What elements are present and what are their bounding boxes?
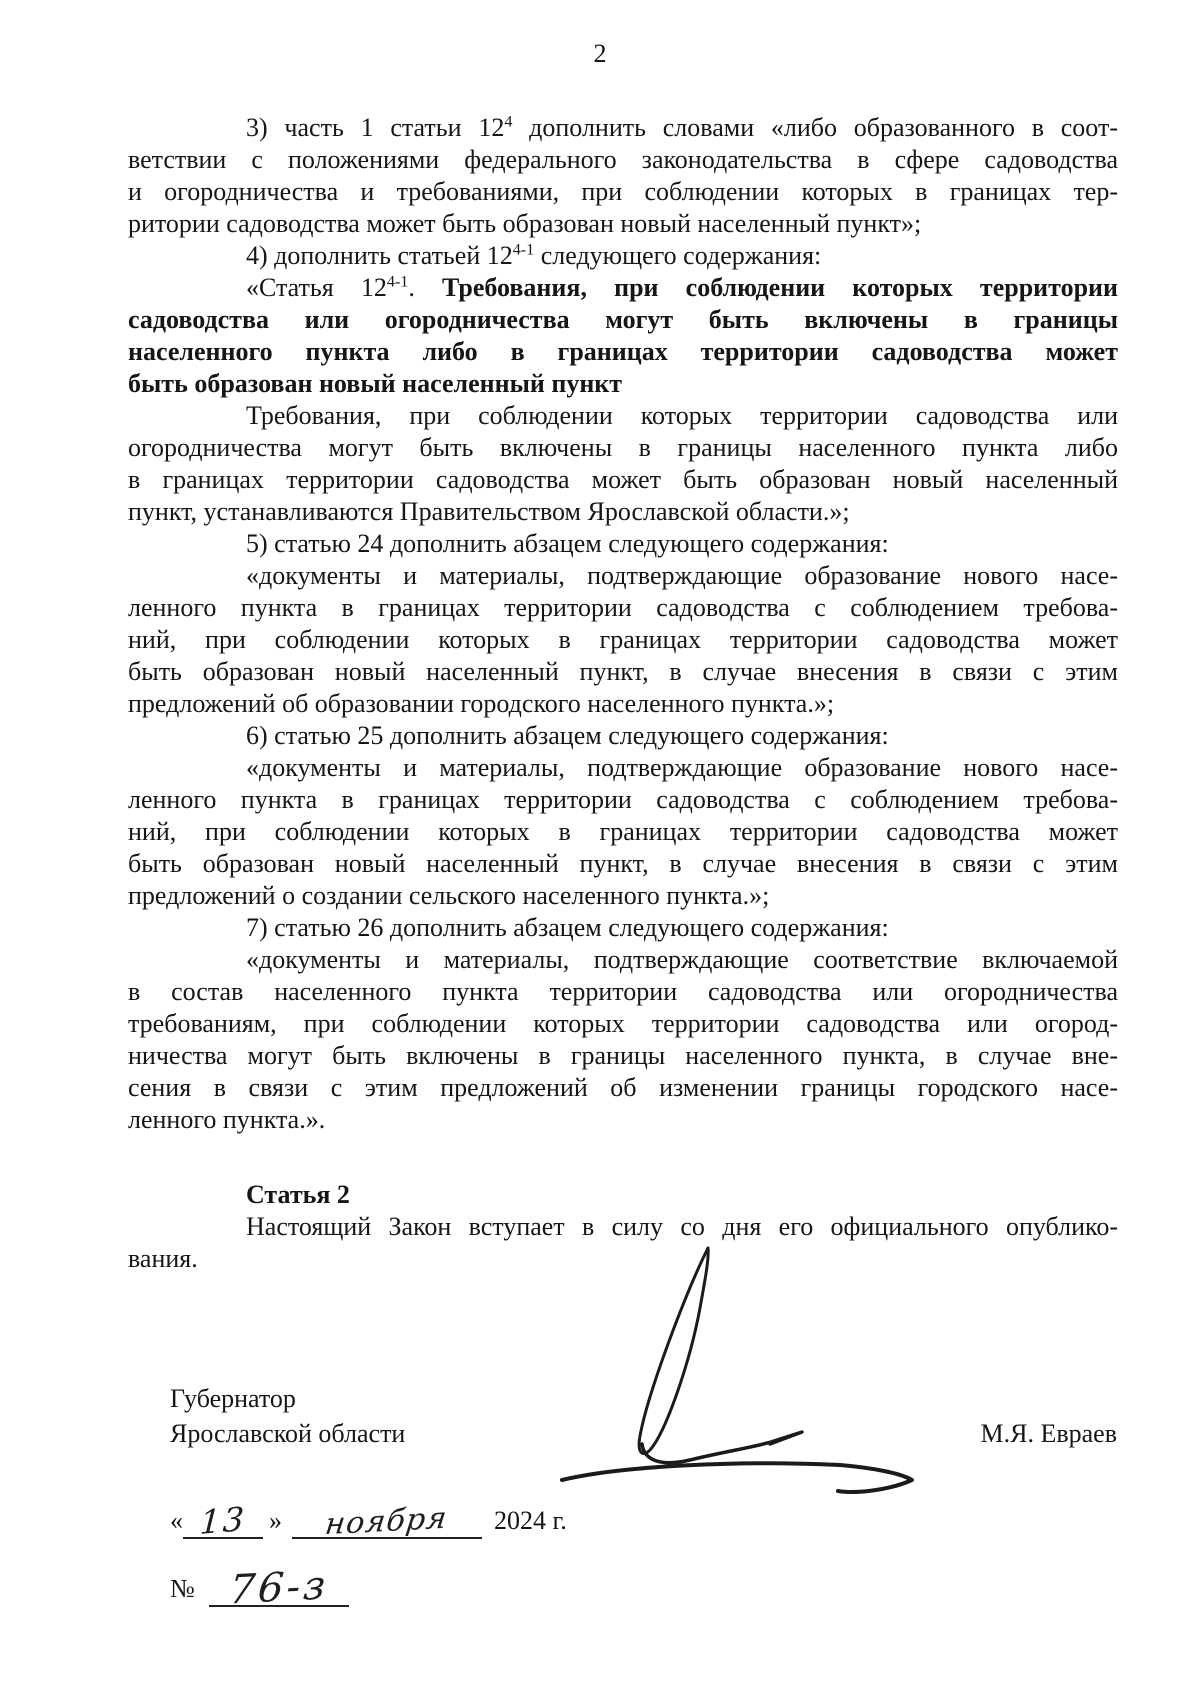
text-run: ветствии с положениями федерального зако… xyxy=(128,145,1118,174)
text-run: предложений о создании сельского населен… xyxy=(128,881,769,910)
date-day-handwritten: 13 xyxy=(199,1503,247,1539)
text-run: быть образован новый населенный пункт xyxy=(128,369,622,398)
signer-title-line1: Губернатор xyxy=(170,1381,405,1416)
text-line: огородничества могут быть включены в гра… xyxy=(128,432,1118,464)
date-month-blank: ноября xyxy=(292,1504,482,1539)
text-run: быть образован новый населенный пункт, в… xyxy=(128,849,1118,878)
paragraph: «документы и материалы, подтверждающие о… xyxy=(128,560,1118,720)
text-line: «документы и материалы, подтверждающие о… xyxy=(128,752,1118,784)
text-line: требованиям, при соблюдении которых терр… xyxy=(128,1008,1118,1040)
text-run: 7) статью 26 дополнить абзацем следующег… xyxy=(246,913,889,942)
paragraph: «документы и материалы, подтверждающие о… xyxy=(128,752,1118,912)
text-line: предложений о создании сельского населен… xyxy=(128,880,1118,912)
text-run: 4) дополнить статьей 12 xyxy=(246,241,513,270)
article-2-heading: Статья 2 xyxy=(128,1179,1118,1211)
date-open-quote: « xyxy=(170,1506,183,1535)
text-run: ний, при соблюдении которых в границах т… xyxy=(128,817,1118,846)
text-line: предложений об образовании городского на… xyxy=(128,688,1118,720)
text-run: ленного пункта.». xyxy=(128,1105,325,1134)
paragraph: «Статья 124-1. Требования, при соблюдени… xyxy=(128,272,1118,400)
signer-title-line2: Ярославской области xyxy=(170,1416,405,1451)
text-line: 7) статью 26 дополнить абзацем следующег… xyxy=(128,912,1118,944)
text-run: огородничества могут быть включены в гра… xyxy=(128,433,1118,462)
signer-name: М.Я. Евраев xyxy=(981,1416,1117,1451)
body-paragraphs: 3) часть 1 статьи 124 дополнить словами … xyxy=(128,112,1118,1136)
text-run: пункт, устанавливаются Правительством Яр… xyxy=(128,497,850,526)
text-run: ленного пункта в границах территории сад… xyxy=(128,785,1118,814)
text-run: ленного пункта в границах территории сад… xyxy=(128,593,1118,622)
text-line: садоводства или огородничества могут быт… xyxy=(128,304,1118,336)
text-run: ничества могут быть включены в границы н… xyxy=(128,1041,1118,1070)
date-year: 2024 г. xyxy=(494,1506,567,1535)
text-line: быть образован новый населенный пункт xyxy=(128,368,1118,400)
signature-ink xyxy=(540,1244,930,1506)
text-run: «документы и материалы, подтверждающие о… xyxy=(246,561,1118,590)
text-line: ленного пункта.». xyxy=(128,1104,1118,1136)
signature-stroke-loop xyxy=(639,1248,708,1454)
superscript-text: 4-1 xyxy=(513,241,534,258)
text-run: в состав населенного пункта территории с… xyxy=(128,977,1118,1006)
text-line: 6) статью 25 дополнить абзацем следующег… xyxy=(128,720,1118,752)
text-line: в границах территории садоводства может … xyxy=(128,464,1118,496)
text-line: ветствии с положениями федерального зако… xyxy=(128,144,1118,176)
text-run: 5) статью 24 дополнить абзацем следующег… xyxy=(246,529,889,558)
article-2-line: Настоящий Закон вступает в силу со дня е… xyxy=(128,1211,1118,1243)
text-line: «Статья 124-1. Требования, при соблюдени… xyxy=(128,272,1118,304)
date-day-blank: 13 xyxy=(183,1502,263,1539)
date-line: «13»ноября2024 г. xyxy=(170,1502,567,1539)
paragraph: 5) статью 24 дополнить абзацем следующег… xyxy=(128,528,1118,560)
paragraph: «документы и материалы, подтверждающие с… xyxy=(128,944,1118,1136)
text-run: Требования, при соблюдении которых терри… xyxy=(442,273,1118,302)
text-line: ритории садоводства может быть образован… xyxy=(128,208,1118,240)
signer-title: Губернатор Ярославской области xyxy=(170,1381,405,1451)
text-line: 3) часть 1 статьи 124 дополнить словами … xyxy=(128,112,1118,144)
text-run: вания. xyxy=(128,1244,198,1273)
text-line: быть образован новый населенный пункт, в… xyxy=(128,848,1118,880)
text-run: населенного пункта либо в границах терри… xyxy=(128,337,1118,366)
text-run: следующего содержания: xyxy=(534,241,821,270)
text-line: и огородничества и требованиями, при соб… xyxy=(128,176,1118,208)
text-run: требованиям, при соблюдении которых терр… xyxy=(128,1009,1118,1038)
text-run: . xyxy=(408,273,442,302)
number-handwritten: 76-з xyxy=(228,1569,330,1606)
text-line: «документы и материалы, подтверждающие о… xyxy=(128,560,1118,592)
text-line: быть образован новый населенный пункт, в… xyxy=(128,656,1118,688)
text-run: предложений об образовании городского на… xyxy=(128,689,834,718)
text-line: Требования, при соблюдении которых терри… xyxy=(128,400,1118,432)
document-page: 2 3) часть 1 статьи 124 дополнить словам… xyxy=(0,0,1200,1697)
text-run: «документы и материалы, подтверждающие о… xyxy=(246,753,1118,782)
text-run: быть образован новый населенный пункт, в… xyxy=(128,657,1118,686)
paragraph: 7) статью 26 дополнить абзацем следующег… xyxy=(128,912,1118,944)
text-line: 5) статью 24 дополнить абзацем следующег… xyxy=(128,528,1118,560)
paragraph: Требования, при соблюдении которых терри… xyxy=(128,400,1118,528)
text-line: 4) дополнить статьей 124-1 следующего со… xyxy=(128,240,1118,272)
paragraph: 4) дополнить статьей 124-1 следующего со… xyxy=(128,240,1118,272)
text-run: ний, при соблюдении которых в границах т… xyxy=(128,625,1118,654)
signature-stroke-flourish xyxy=(562,1463,912,1492)
text-run: 3) часть 1 статьи 12 xyxy=(246,113,504,142)
text-run: Требования, при соблюдении которых терри… xyxy=(246,401,1118,430)
text-line: ленного пункта в границах территории сад… xyxy=(128,592,1118,624)
text-line: ничества могут быть включены в границы н… xyxy=(128,1040,1118,1072)
text-run: «Статья 12 xyxy=(246,273,387,302)
text-run: сения в связи с этим предложений об изме… xyxy=(128,1073,1118,1102)
text-line: ний, при соблюдении которых в границах т… xyxy=(128,624,1118,656)
page-number: 2 xyxy=(0,38,1200,70)
text-line: сения в связи с этим предложений об изме… xyxy=(128,1072,1118,1104)
text-line: «документы и материалы, подтверждающие с… xyxy=(128,944,1118,976)
document-number-line: №76-з xyxy=(170,1568,349,1607)
text-run: «документы и материалы, подтверждающие с… xyxy=(246,945,1118,974)
text-run: ритории садоводства может быть образован… xyxy=(128,209,921,238)
number-blank: 76-з xyxy=(209,1568,349,1607)
text-line: ленного пункта в границах территории сад… xyxy=(128,784,1118,816)
text-line: населенного пункта либо в границах терри… xyxy=(128,336,1118,368)
date-month-handwritten: ноября xyxy=(324,1503,450,1541)
date-close-quote: » xyxy=(269,1506,282,1535)
paragraph: 6) статью 25 дополнить абзацем следующег… xyxy=(128,720,1118,752)
superscript-text: 4-1 xyxy=(387,273,408,290)
text-run: в границах территории садоводства может … xyxy=(128,465,1118,494)
text-run: 6) статью 25 дополнить абзацем следующег… xyxy=(246,721,889,750)
text-run: садоводства или огородничества могут быт… xyxy=(128,305,1118,334)
number-sign: № xyxy=(170,1574,195,1603)
paragraph: 3) часть 1 статьи 124 дополнить словами … xyxy=(128,112,1118,240)
text-line: ний, при соблюдении которых в границах т… xyxy=(128,816,1118,848)
text-line: пункт, устанавливаются Правительством Яр… xyxy=(128,496,1118,528)
text-line: в состав населенного пункта территории с… xyxy=(128,976,1118,1008)
signature-stroke-hook xyxy=(642,1432,802,1463)
text-run: дополнить словами «либо образованного в … xyxy=(512,113,1118,142)
text-run: и огородничества и требованиями, при соб… xyxy=(128,177,1118,206)
text-run: Настоящий Закон вступает в силу со дня е… xyxy=(246,1212,1118,1241)
